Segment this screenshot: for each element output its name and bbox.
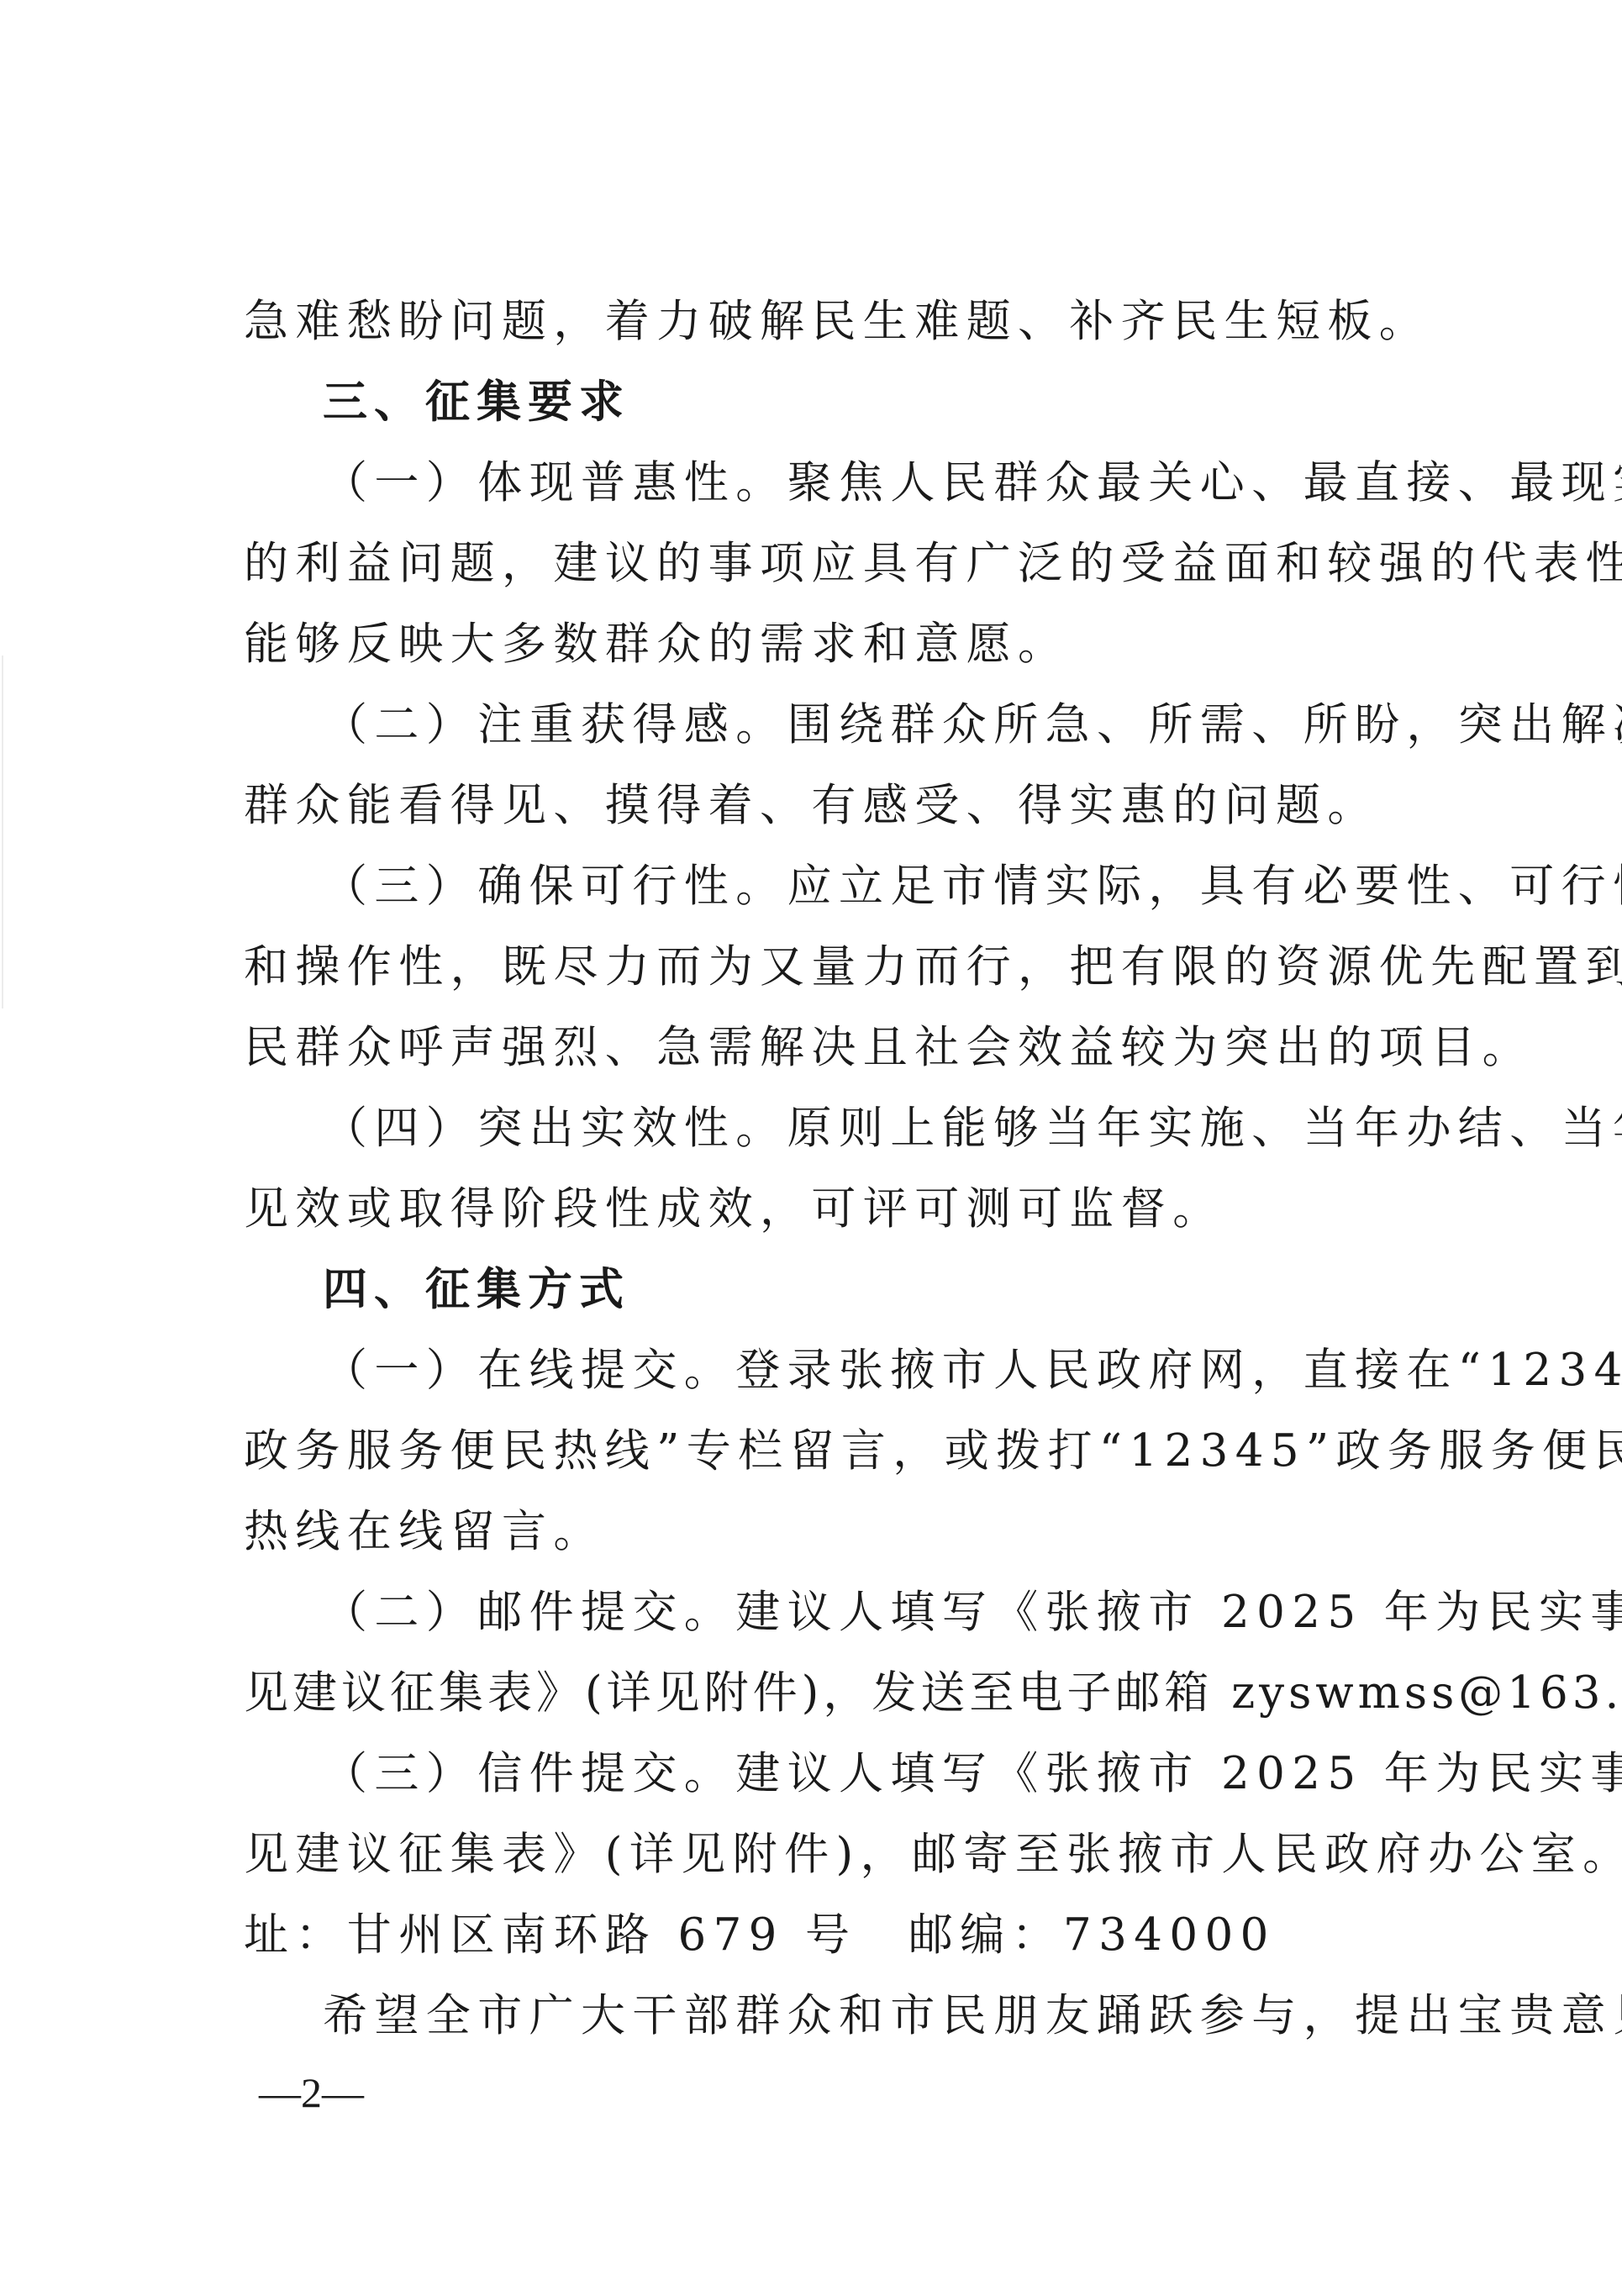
body-line: （三）信件提交。建议人填写《张掖市 2025 年为民实事意: [323, 1734, 1407, 1814]
body-line: 见建议征集表》(详见附件)，邮寄至张掖市人民政府办公室。地: [244, 1814, 1403, 1895]
section-heading-requirements: 三、征集要求: [323, 362, 1407, 443]
body-line: 能够反映大多数群众的需求和意愿。: [244, 604, 1403, 685]
body-line: （四）突出实效性。原则上能够当年实施、当年办结、当年: [323, 1088, 1407, 1169]
body-line: 民群众呼声强烈、急需解决且社会效益较为突出的项目。: [244, 1008, 1403, 1088]
body-line: 的利益问题，建议的事项应具有广泛的受益面和较强的代表性，: [244, 524, 1403, 604]
page-number: —2—: [259, 2063, 364, 2122]
body-line: 希望全市广大干部群众和市民朋友踊跃参与，提出宝贵意见: [323, 1976, 1407, 2056]
scan-artifact: [2, 656, 3, 1008]
body-line: （二）邮件提交。建议人填写《张掖市 2025 年为民实事意: [323, 1572, 1407, 1653]
body-line: 群众能看得见、摸得着、有感受、得实惠的问题。: [244, 766, 1403, 846]
body-line: 急难愁盼问题，着力破解民生难题、补齐民生短板。: [244, 282, 1403, 362]
body-line: （一）体现普惠性。聚焦人民群众最关心、最直接、最现实: [323, 443, 1407, 524]
document-page: 急难愁盼问题，着力破解民生难题、补齐民生短板。 三、征集要求 （一）体现普惠性。…: [0, 0, 1622, 2296]
body-line: （三）确保可行性。应立足市情实际，具有必要性、可行性: [323, 846, 1407, 927]
body-line: （一）在线提交。登录张掖市人民政府网，直接在“12345: [323, 1330, 1407, 1411]
address-line: 址：甘州区南环路 679 号 邮编：734000: [244, 1895, 1403, 1976]
body-line: 和操作性，既尽力而为又量力而行，把有限的资源优先配置到人: [244, 927, 1403, 1008]
section-heading-methods: 四、征集方式: [323, 1250, 1407, 1330]
body-line-email: 见建议征集表》(详见附件)，发送至电子邮箱 zyswmss@163.com。: [244, 1653, 1403, 1734]
body-line: 政务服务便民热线”专栏留言，或拨打“12345”政务服务便民: [244, 1411, 1403, 1492]
body-line: 热线在线留言。: [244, 1492, 1403, 1572]
body-line: 见效或取得阶段性成效，可评可测可监督。: [244, 1169, 1403, 1250]
body-line: （二）注重获得感。围绕群众所急、所需、所盼，突出解决: [323, 685, 1407, 766]
